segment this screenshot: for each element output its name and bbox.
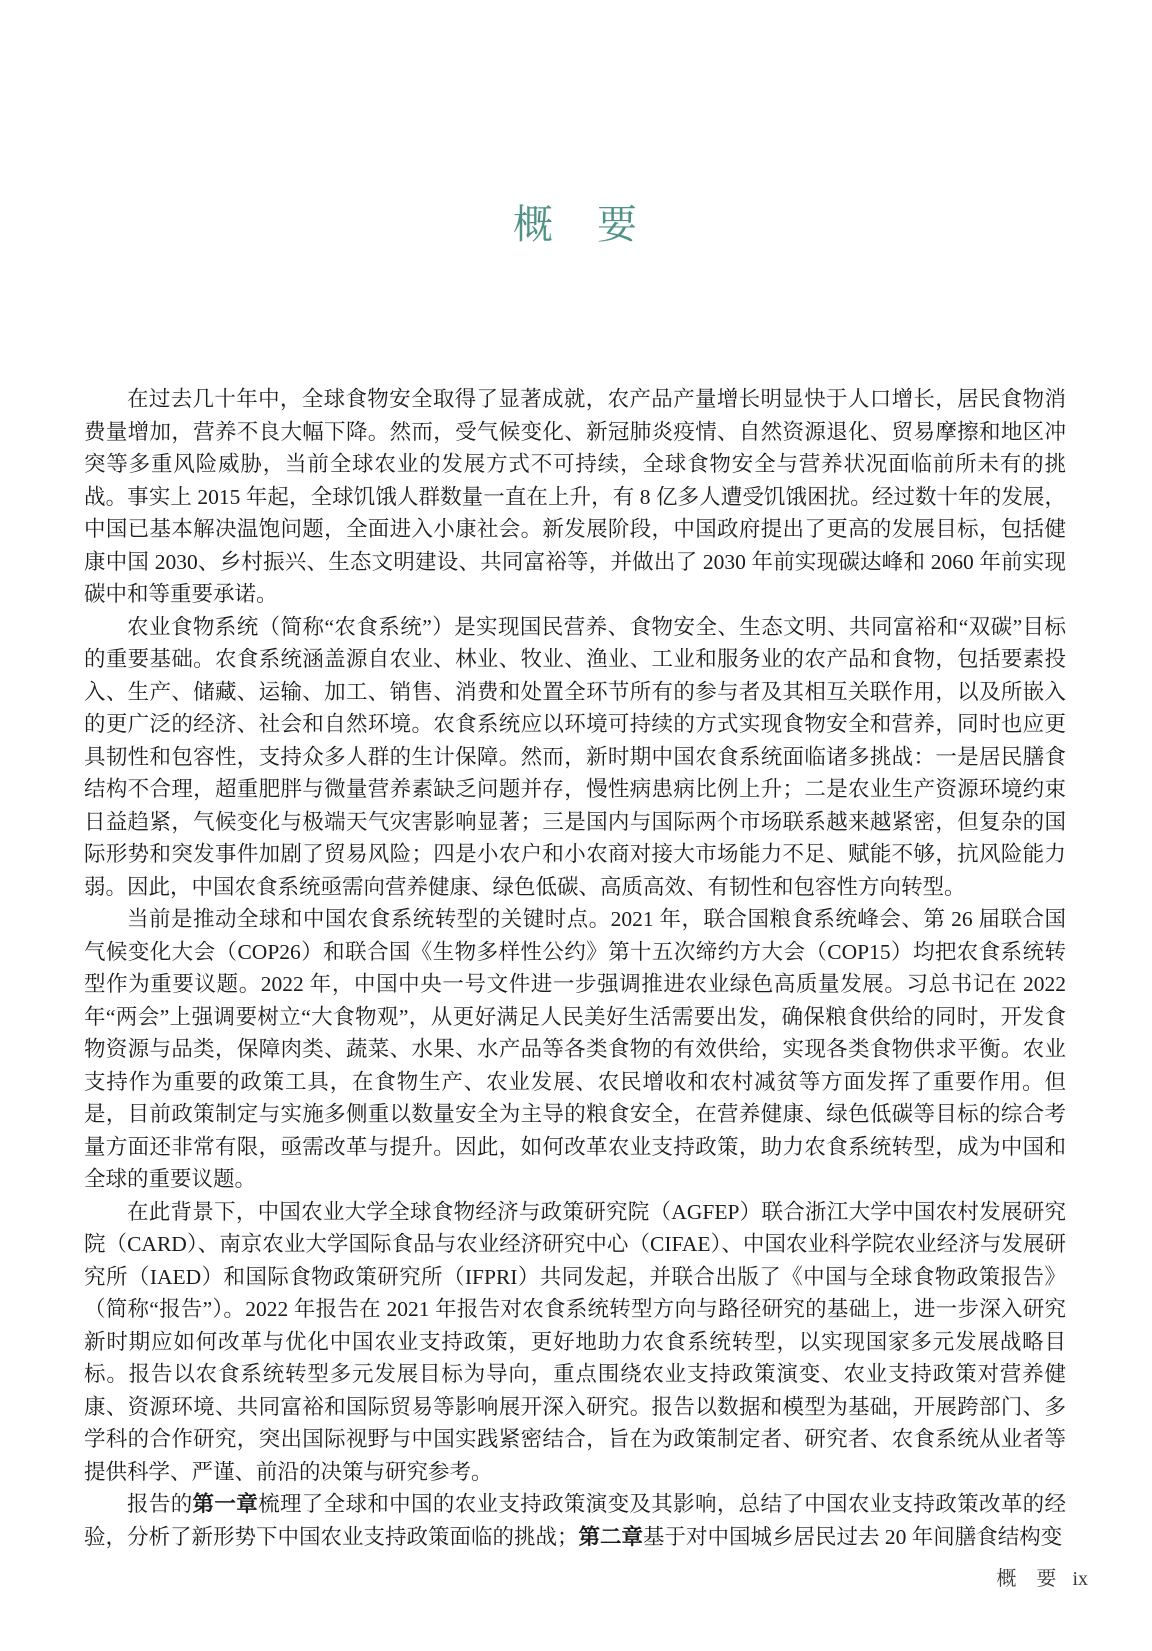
paragraph-global-food-security: 在过去几十年中，全球食物安全取得了显著成就，农产品产量增长明显快于人口增长，居民…	[84, 383, 1066, 611]
document-body: 在过去几十年中，全球食物安全取得了显著成就，农产品产量增长明显快于人口增长，居民…	[84, 383, 1066, 1553]
paragraph-report-background: 在此背景下，中国农业大学全球食物经济与政策研究院（AGFEP）联合浙江大学中国农…	[84, 1196, 1066, 1489]
paragraph-text: 基于对中国城乡居民过去 20 年间膳食结构变	[643, 1525, 1062, 1549]
paragraph-chapter-overview: 报告的第一章梳理了全球和中国的农业支持政策演变及其影响，总结了中国农业支持政策改…	[84, 1488, 1066, 1553]
footer-section-label: 概 要	[996, 1568, 1056, 1590]
chapter-one-ref: 第一章	[193, 1492, 259, 1516]
page-footer: 概 要ix	[996, 1566, 1088, 1592]
page-title: 概 要	[0, 200, 1152, 250]
paragraph-transformation-moment: 当前是推动全球和中国农食系统转型的关键时点。2021 年，联合国粮食系统峰会、第…	[84, 903, 1066, 1196]
document-page: 概 要 在过去几十年中，全球食物安全取得了显著成就，农产品产量增长明显快于人口增…	[0, 0, 1152, 1651]
chapter-two-ref: 第二章	[579, 1525, 644, 1549]
footer-page-number: ix	[1072, 1568, 1088, 1590]
paragraph-agrifood-system: 农业食物系统（简称“农食系统”）是实现国民营养、食物安全、生态文明、共同富裕和“…	[84, 611, 1066, 904]
paragraph-text: 报告的	[127, 1492, 193, 1516]
